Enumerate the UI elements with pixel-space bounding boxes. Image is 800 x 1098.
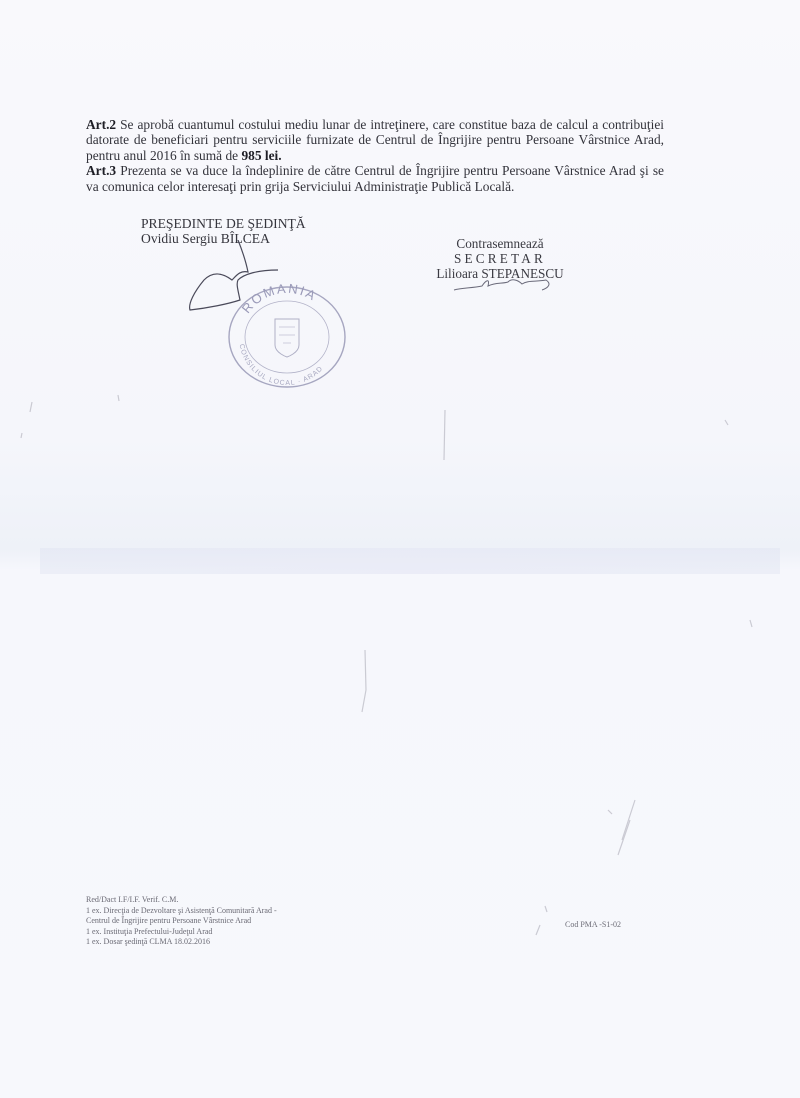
article-2: Art.2 Se aprobă cuantumul costului mediu… [86,117,664,163]
footer-line: 1 ex. Instituţia Prefectului-Judeţul Ara… [86,927,277,938]
footer-line: 1 ex. Dosar şedinţă CLMA 18.02.2016 [86,937,277,948]
president-title: PREŞEDINTE DE ŞEDINŢĂ [141,216,306,231]
official-stamp-icon: ROMANIA CONSILIUL LOCAL · ARAD [225,283,349,389]
scan-artifact-band [40,548,780,574]
articles-block: Art.2 Se aprobă cuantumul costului mediu… [86,117,664,194]
distribution-footer: Red/Dact I.F/I.F. Verif. C.M. 1 ex. Dire… [86,895,277,948]
footer-line: Red/Dact I.F/I.F. Verif. C.M. [86,895,277,906]
stamp-top-text: ROMANIA [239,283,320,316]
amount-value: 985 lei. [241,148,281,163]
article-label: Art.3 [86,163,116,178]
form-code: Cod PMA -S1-02 [565,920,621,929]
footer-line: Centrul de Îngrijire pentru Persoane Vâr… [86,916,277,927]
article-label: Art.2 [86,117,116,132]
article-3: Art.3 Prezenta se va duce la îndeplinire… [86,163,664,194]
secretary-signature-icon [452,274,562,298]
article-text: Se aprobă cuantumul costului mediu lunar… [86,117,664,163]
secretary-title: SECRETAR [420,251,580,266]
svg-text:CONSILIUL LOCAL · ARAD: CONSILIUL LOCAL · ARAD [238,343,325,387]
footer-line: 1 ex. Direcţia de Dezvoltare şi Asistenţ… [86,906,277,917]
svg-text:ROMANIA: ROMANIA [239,283,320,316]
countersign-label: Contrasemnează [420,236,580,251]
article-text: Prezenta se va duce la îndeplinire de că… [86,163,664,193]
